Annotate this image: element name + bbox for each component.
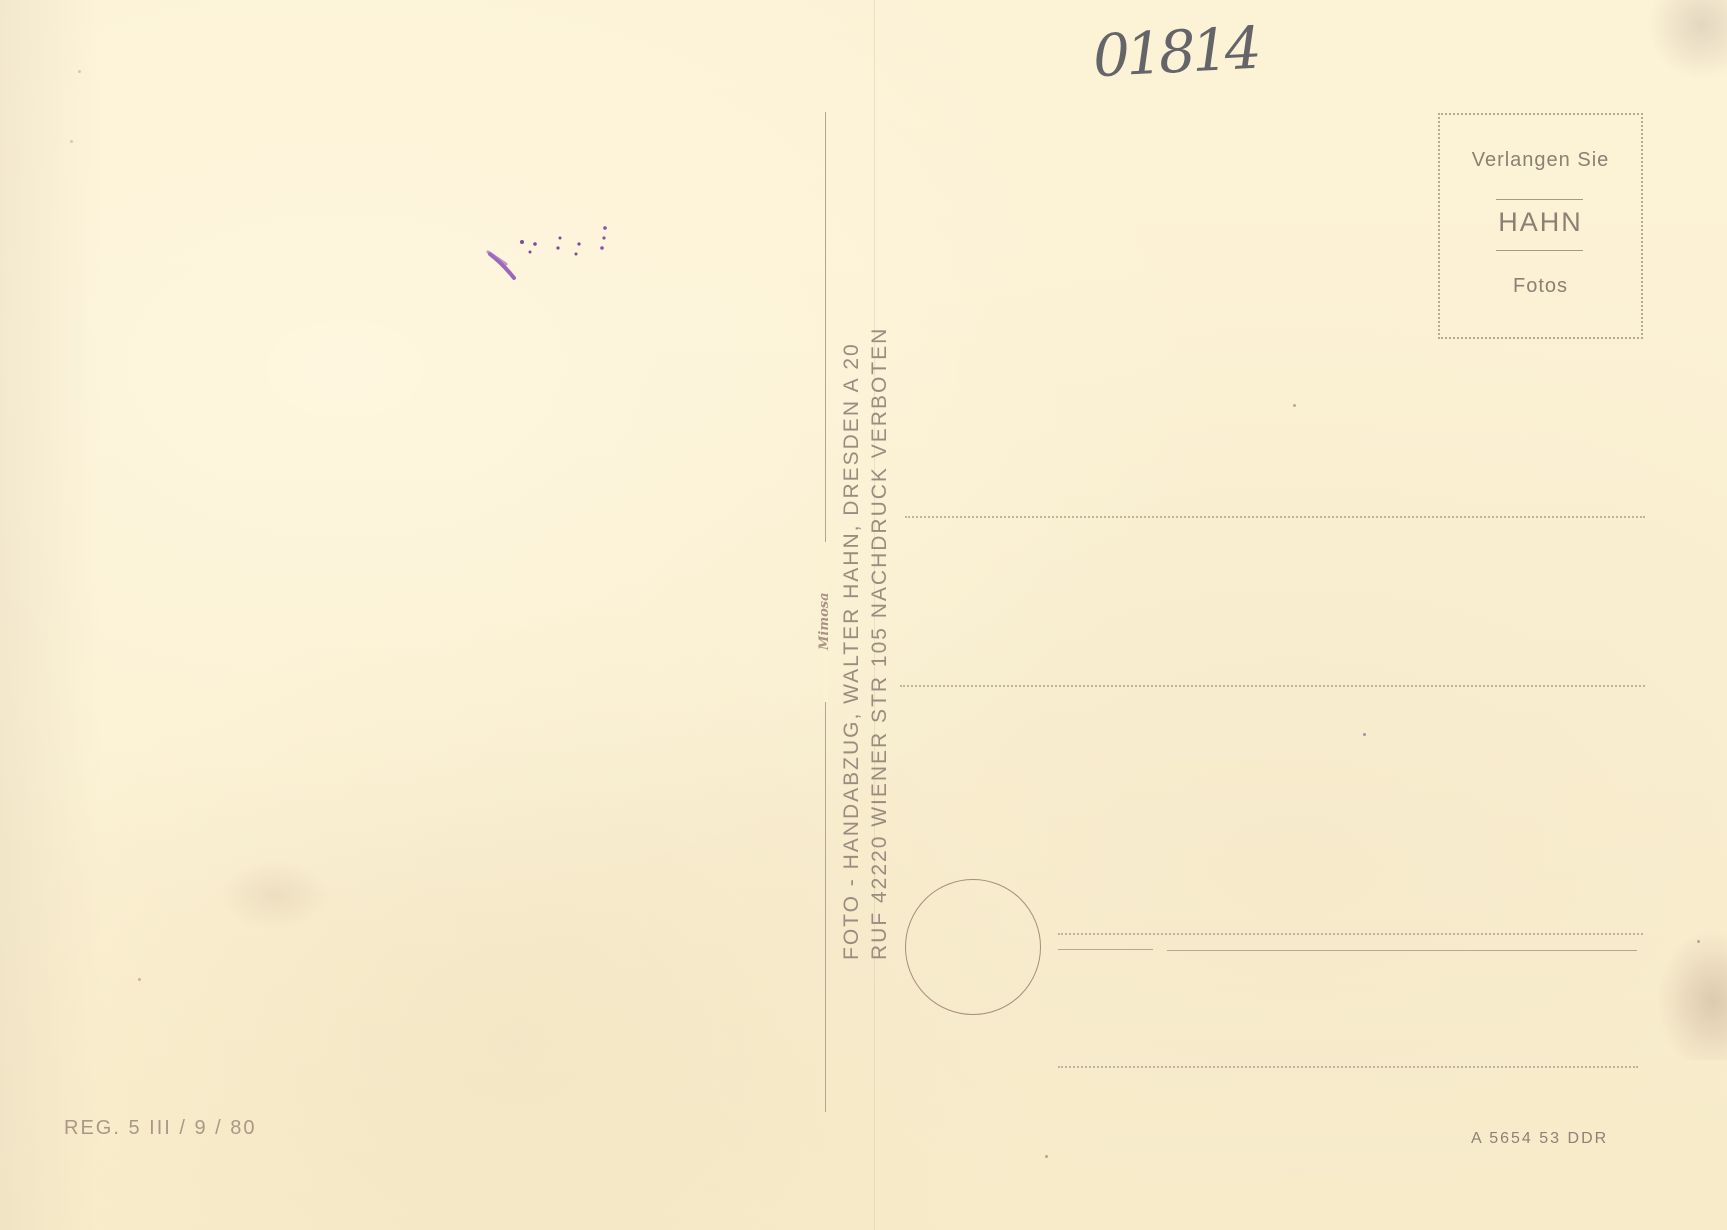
address-line-3-solid-b [1167,950,1637,951]
corner-wear [1647,0,1727,80]
ink-speck-mark [480,222,620,292]
dust-speck [1697,940,1700,943]
dust-speck [138,978,141,981]
address-line-3-solid-a [1058,949,1153,950]
brand-script: Mimosa [817,593,832,651]
stamp-rule-top [1496,199,1583,200]
publisher-imprint: FOTO - HANDABZUG, WALTER HAHN, DRESDEN A… [838,327,894,960]
article-number: A 5654 53 DDR [1471,1130,1608,1148]
dust-speck [1293,404,1296,407]
dust-speck [70,140,73,143]
address-line-3-dotted [1058,933,1643,935]
edge-wear [0,0,100,1230]
stamp-text-line3: Fotos [1440,275,1641,298]
stamp-box: Verlangen Sie HAHN Fotos [1438,113,1643,339]
handwritten-note: 01814 [1091,14,1259,91]
imprint-line1: FOTO - HANDABZUG, WALTER HAHN, DRESDEN A… [838,327,866,960]
address-line-2 [900,685,1645,687]
postcard-back: 01814 Verlangen Sie HAHN Fotos Mimosa FO… [0,0,1727,1230]
paper-stain [220,860,330,930]
address-line-1 [905,516,1645,518]
postal-code-circle [905,879,1041,1015]
registration-number: REG. 5 III / 9 / 80 [64,1117,257,1140]
edge-stain [1657,930,1727,1060]
stamp-brand: HAHN [1440,207,1641,238]
stamp-rule-bottom [1496,250,1583,251]
dust-speck [1045,1155,1048,1158]
dust-speck [1363,733,1366,736]
stamp-text-line1: Verlangen Sie [1440,149,1641,172]
dust-speck [78,70,81,73]
address-line-4 [1058,1066,1638,1068]
imprint-line2: RUF 42220 WIENER STR 105 NACHDRUCK VERBO… [866,327,894,960]
